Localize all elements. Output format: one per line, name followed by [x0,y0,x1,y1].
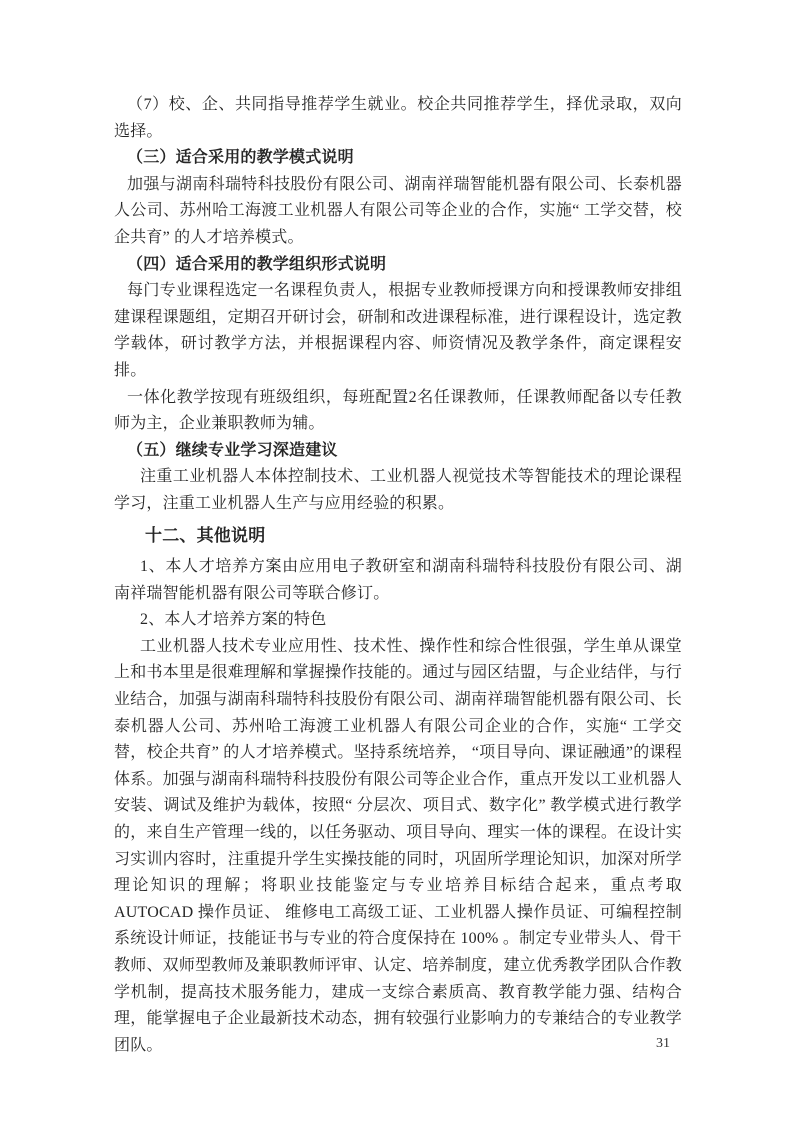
paragraph-integrated-teaching: 一体化教学按现有班级组织，每班配置2名任课教师，任课教师配备以专任教师为主，企业… [114,385,682,438]
paragraph-course-leader: 每门专业课程选定一名课程负责人，根据专业教师授课方向和授课教师安排组建课程课题组… [114,278,682,384]
paragraph-revision-note: 1、本人才培养方案由应用电子教研室和湖南科瑞特科技股份有限公司、湖南祥瑞智能机器… [114,554,682,607]
paragraph-joint-guidance: （7）校、企、共同指导推荐学生就业。校企共同推荐学生，择优录取，双向选择。 [114,92,682,145]
paragraph-program-features-title: 2、本人才培养方案的特色 [114,607,682,634]
section-heading-teaching-organization: （四）适合采用的教学组织形式说明 [114,252,682,279]
section-heading-further-study: （五）继续专业学习深造建议 [114,438,682,465]
section-heading-teaching-mode: （三）适合采用的教学模式说明 [114,145,682,172]
section-heading-other-notes: 十二、其他说明 [114,523,682,550]
document-page: （7）校、企、共同指导推荐学生就业。校企共同推荐学生，择优录取，双向选择。 （三… [0,0,793,1122]
document-body: （7）校、企、共同指导推荐学生就业。校企共同推荐学生，择优录取，双向选择。 （三… [114,92,682,1059]
page-number: 31 [648,1036,678,1052]
paragraph-further-study: 注重工业机器人本体控制技术、工业机器人视觉技术等智能技术的理论课程学习，注重工业… [114,464,682,517]
paragraph-program-features: 工业机器人技术专业应用性、技术性、操作性和综合性很强，学生单从课堂上和书本里是很… [114,634,682,1060]
paragraph-teaching-mode: 加强与湖南科瑞特科技股份有限公司、湖南祥瑞智能机器有限公司、长泰机器人公司、苏州… [114,172,682,252]
